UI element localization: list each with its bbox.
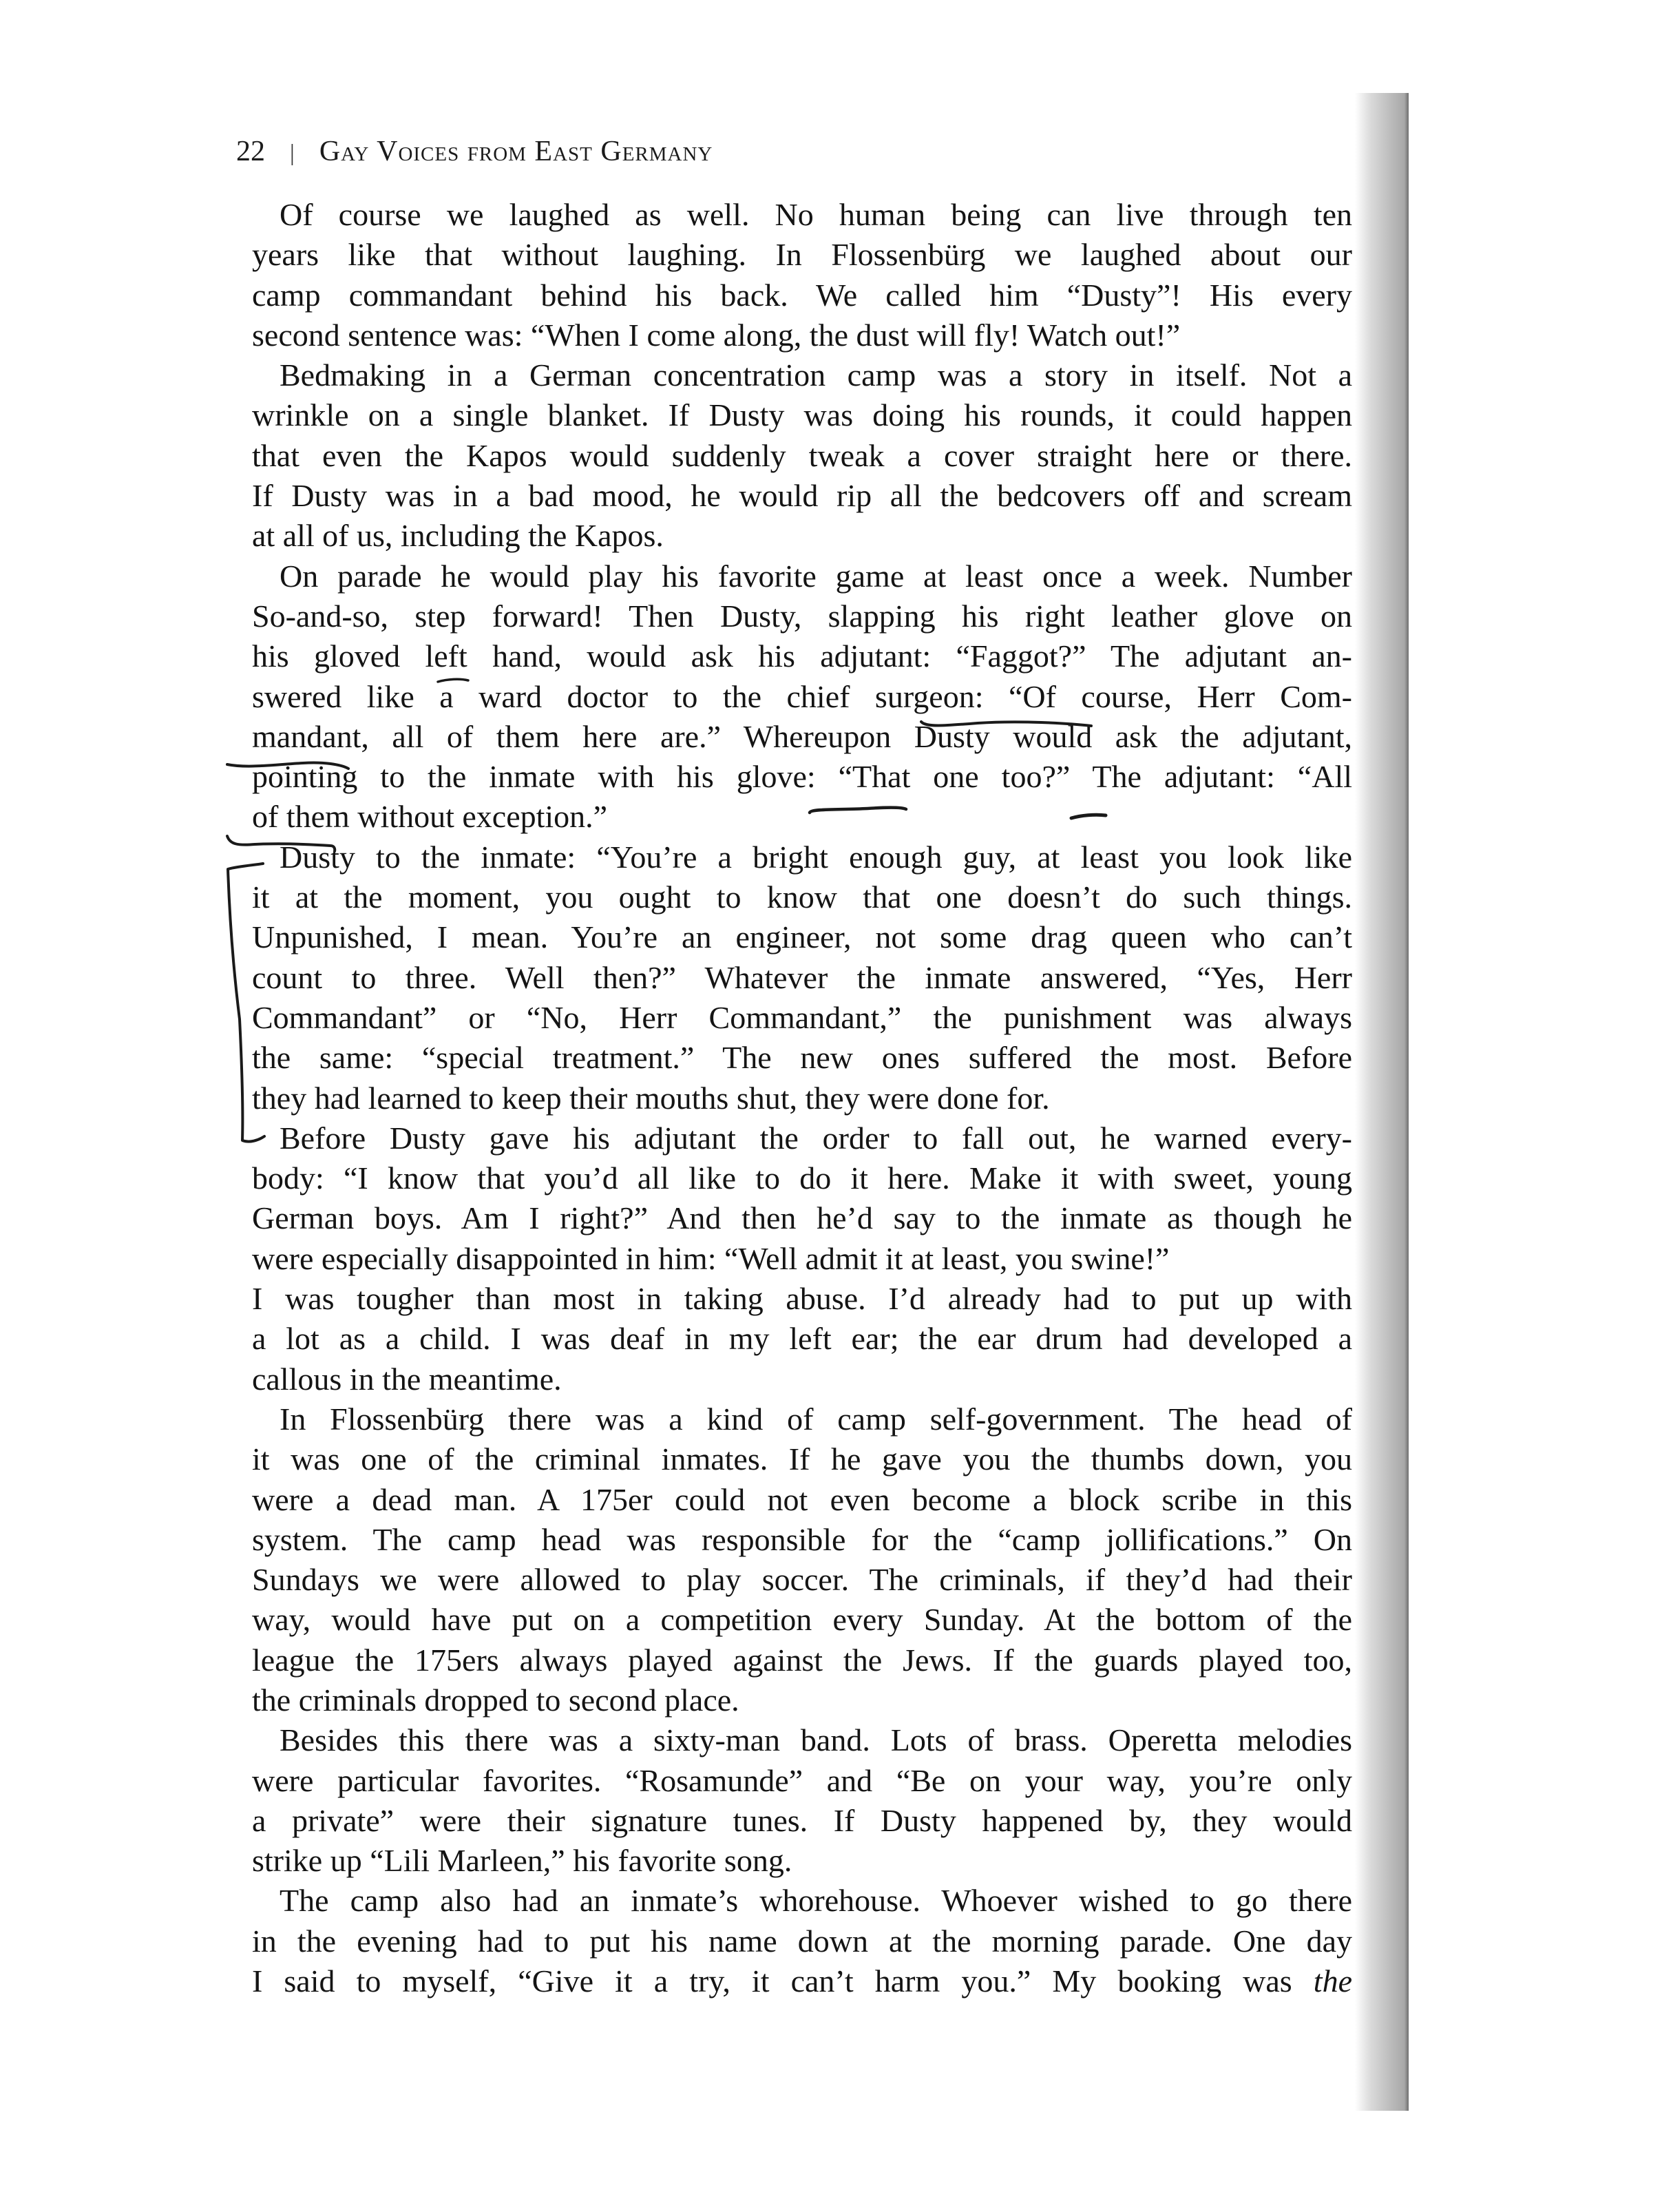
text-line: were a dead man. A 175er could not even …	[252, 1480, 1352, 1520]
book-title: Gay Voices from East Germany	[319, 135, 713, 168]
text-line: a private” were their signature tunes. I…	[252, 1801, 1352, 1841]
text-line: Before Dusty gave his adjutant the order…	[252, 1118, 1352, 1158]
text-line: were particular favorites. “Rosamunde” a…	[252, 1761, 1352, 1801]
text-line-content: mandant, all of them here are.” Whereupo…	[252, 719, 1352, 754]
text-line-content: Before Dusty gave his adjutant the order…	[280, 1120, 1352, 1156]
text-line-content: camp commandant behind his back. We call…	[252, 278, 1352, 313]
text-line-content: body: “I know that you’d all like to do …	[252, 1160, 1352, 1196]
text-line-content: pointing to the inmate with his glove: “…	[252, 759, 1352, 794]
text-line: count to three. Well then?” Whatever the…	[252, 958, 1352, 998]
text-line-content: years like that without laughing. In Flo…	[252, 237, 1352, 272]
text-line-content: in the evening had to put his name down …	[252, 1923, 1352, 1959]
text-line: the criminals dropped to second place.	[252, 1680, 1352, 1720]
text-line: Unpunished, I mean. You’re an engineer, …	[252, 917, 1352, 957]
text-line-content: Commandant” or “No, Herr Commandant,” th…	[252, 1000, 1352, 1035]
body-text: Of course we laughed as well. No human b…	[252, 195, 1352, 2001]
text-line-content: I was tougher than most in taking abuse.…	[252, 1281, 1352, 1316]
text-line-content: they had learned to keep their mouths sh…	[252, 1081, 1050, 1116]
text-line-content: a private” were their signature tunes. I…	[252, 1803, 1352, 1838]
text-line: Besides this there was a sixty-man band.…	[252, 1720, 1352, 1760]
text-line: Of course we laughed as well. No human b…	[252, 195, 1352, 235]
text-line: The camp also had an inmate’s whorehouse…	[252, 1881, 1352, 1921]
text-line: strike up “Lili Marleen,” his favorite s…	[252, 1841, 1352, 1881]
header-separator: |	[290, 140, 295, 167]
text-line-content: his gloved left hand, would ask his adju…	[252, 638, 1352, 674]
text-line: his gloved left hand, would ask his adju…	[252, 636, 1352, 676]
text-line-content: were a dead man. A 175er could not even …	[252, 1482, 1352, 1517]
text-line-content: the same: “special treatment.” The new o…	[252, 1040, 1352, 1075]
text-line-content: So-and-so, step forward! Then Dusty, sla…	[252, 598, 1352, 634]
text-line: wrinkle on a single blanket. If Dusty wa…	[252, 395, 1352, 435]
text-line-content: system. The camp head was responsible fo…	[252, 1522, 1352, 1557]
scanned-book-page: 22 | Gay Voices from East Germany Of cou…	[0, 0, 1662, 2212]
text-line: they had learned to keep their mouths sh…	[252, 1078, 1352, 1118]
text-line: So-and-so, step forward! Then Dusty, sla…	[252, 596, 1352, 636]
running-head: 22 | Gay Voices from East Germany	[236, 135, 713, 176]
text-line: I was tougher than most in taking abuse.…	[252, 1279, 1352, 1319]
text-line: league the 175ers always played against …	[252, 1640, 1352, 1680]
text-line: in the evening had to put his name down …	[252, 1921, 1352, 1961]
text-line: at all of us, including the Kapos.	[252, 516, 1352, 556]
text-line: callous in the meantime.	[252, 1359, 1352, 1399]
text-line-content: a lot as a child. I was deaf in my left …	[252, 1321, 1352, 1356]
text-line: I said to myself, “Give it a try, it can…	[252, 1961, 1352, 2001]
text-line-content: Sundays we were allowed to play soccer. …	[252, 1562, 1352, 1597]
text-line: body: “I know that you’d all like to do …	[252, 1158, 1352, 1198]
text-line-content: wrinkle on a single blanket. If Dusty wa…	[252, 397, 1352, 432]
text-line-content: at all of us, including the Kapos.	[252, 518, 664, 553]
text-line: of them without exception.”	[252, 797, 1352, 837]
text-line-content: swered like a ward doctor to the chief s…	[252, 679, 1352, 714]
text-line: pointing to the inmate with his glove: “…	[252, 757, 1352, 797]
text-line-content: of them without exception.”	[252, 799, 607, 834]
text-line: In Flossenbürg there was a kind of camp …	[252, 1399, 1352, 1439]
book-gutter-shadow	[1355, 93, 1409, 2111]
text-line-content: Unpunished, I mean. You’re an engineer, …	[252, 919, 1352, 954]
text-line: it was one of the criminal inmates. If h…	[252, 1439, 1352, 1479]
text-line-content: Bedmaking in a German concentration camp…	[280, 357, 1352, 393]
text-line-content: it was one of the criminal inmates. If h…	[252, 1441, 1352, 1477]
text-line: way, would have put on a competition eve…	[252, 1600, 1352, 1640]
text-line: Commandant” or “No, Herr Commandant,” th…	[252, 998, 1352, 1038]
text-line: it at the moment, you ought to know that…	[252, 877, 1352, 917]
text-line-content: league the 175ers always played against …	[252, 1642, 1352, 1678]
text-line-content: I said to myself, “Give it a try, it can…	[252, 1963, 1292, 1999]
text-line: system. The camp head was responsible fo…	[252, 1520, 1352, 1560]
text-line: swered like a ward doctor to the chief s…	[252, 677, 1352, 717]
text-line: were especially disappointed in him: “We…	[252, 1239, 1352, 1279]
text-line-content: The camp also had an inmate’s whorehouse…	[280, 1883, 1352, 1918]
text-line-content: In Flossenbürg there was a kind of camp …	[280, 1401, 1352, 1437]
text-line-content: If Dusty was in a bad mood, he would rip…	[252, 478, 1352, 513]
text-line: camp commandant behind his back. We call…	[252, 275, 1352, 315]
text-line: Bedmaking in a German concentration camp…	[252, 355, 1352, 395]
italic-word: the	[1314, 1963, 1352, 1999]
text-line: German boys. Am I right?” And then he’d …	[252, 1198, 1352, 1238]
text-line: years like that without laughing. In Flo…	[252, 235, 1352, 275]
text-line-content: count to three. Well then?” Whatever the…	[252, 960, 1352, 995]
text-line-content: it at the moment, you ought to know that…	[252, 879, 1352, 915]
text-line-content: callous in the meantime.	[252, 1361, 562, 1397]
page-number: 22	[236, 135, 265, 168]
text-line: a lot as a child. I was deaf in my left …	[252, 1319, 1352, 1359]
text-line-content: strike up “Lili Marleen,” his favorite s…	[252, 1843, 792, 1878]
text-line-content: that even the Kapos would suddenly tweak…	[252, 438, 1352, 473]
text-line-content: German boys. Am I right?” And then he’d …	[252, 1200, 1352, 1235]
text-line: the same: “special treatment.” The new o…	[252, 1038, 1352, 1078]
text-line-content: On parade he would play his favorite gam…	[280, 559, 1352, 594]
text-line-content: way, would have put on a competition eve…	[252, 1602, 1352, 1637]
text-line: mandant, all of them here are.” Whereupo…	[252, 717, 1352, 757]
text-line: On parade he would play his favorite gam…	[252, 556, 1352, 596]
text-line: Dusty to the inmate: “You’re a bright en…	[252, 837, 1352, 877]
text-line-content: were particular favorites. “Rosamunde” a…	[252, 1763, 1352, 1798]
text-line-content: Dusty to the inmate: “You’re a bright en…	[280, 839, 1352, 875]
text-line-content: second sentence was: “When I come along,…	[252, 317, 1180, 353]
text-line-content: were especially disappointed in him: “We…	[252, 1241, 1169, 1276]
text-line-content: Of course we laughed as well. No human b…	[280, 197, 1352, 232]
text-line: second sentence was: “When I come along,…	[252, 315, 1352, 355]
text-line-content: Besides this there was a sixty-man band.…	[280, 1722, 1352, 1757]
text-line: Sundays we were allowed to play soccer. …	[252, 1560, 1352, 1600]
text-line: that even the Kapos would suddenly tweak…	[252, 436, 1352, 476]
text-line-content: the criminals dropped to second place.	[252, 1682, 739, 1718]
text-line: If Dusty was in a bad mood, he would rip…	[252, 476, 1352, 516]
